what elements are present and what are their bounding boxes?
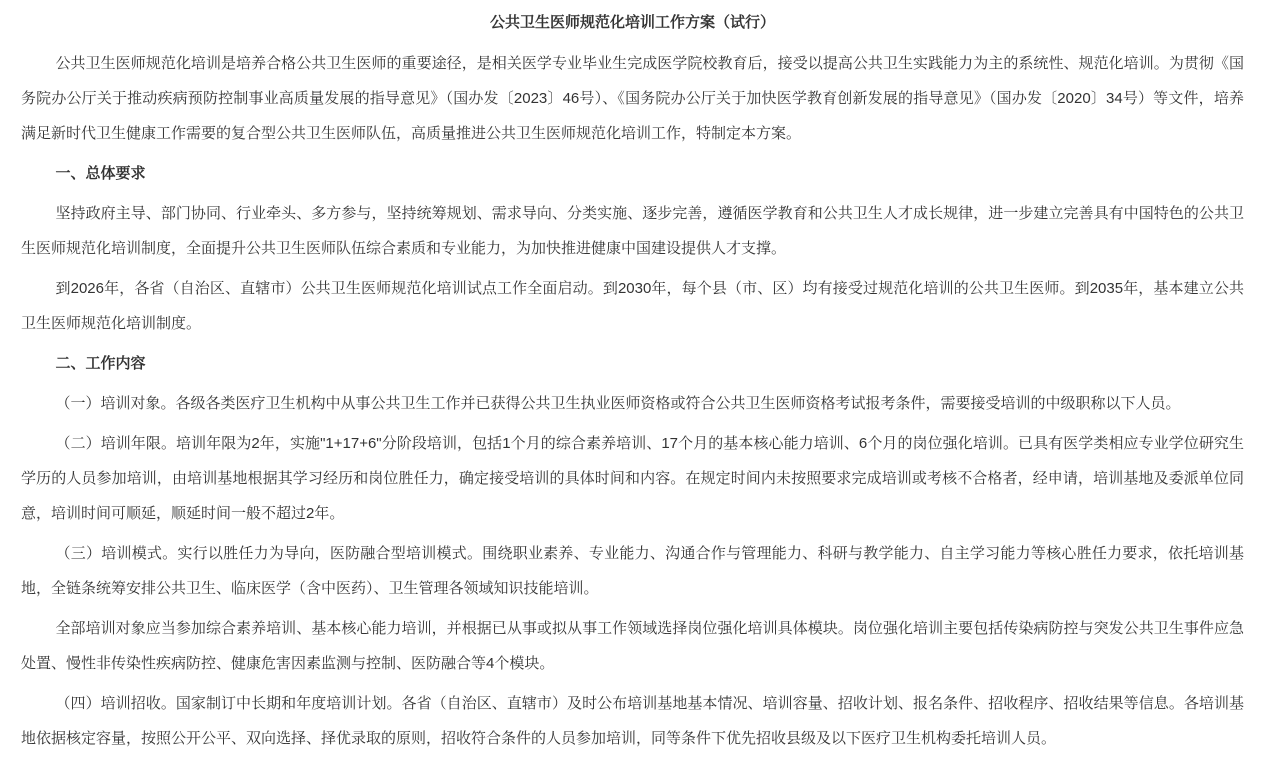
section-heading-2: 二、工作内容: [21, 346, 1244, 381]
document-page: 公共卫生医师规范化培训工作方案（试行） 公共卫生医师规范化培训是培养合格公共卫生…: [0, 0, 1264, 771]
paragraph-training-targets: （一）培训对象。各级各类医疗卫生机构中从事公共卫生工作并已获得公共卫生执业医师资…: [21, 386, 1244, 421]
paragraph-general-requirements: 坚持政府主导、部门协同、行业牵头、多方参与，坚持统筹规划、需求导向、分类实施、逐…: [21, 196, 1244, 266]
section-heading-1: 一、总体要求: [21, 156, 1244, 191]
paragraph-training-mode: （三）培训模式。实行以胜任力为导向，医防融合型培训模式。围绕职业素养、专业能力、…: [21, 536, 1244, 606]
paragraph-training-duration: （二）培训年限。培训年限为2年，实施"1+17+6"分阶段培训，包括1个月的综合…: [21, 426, 1244, 531]
paragraph-timeline-goals: 到2026年，各省（自治区、直辖市）公共卫生医师规范化培训试点工作全面启动。到2…: [21, 271, 1244, 341]
paragraph-training-recruitment: （四）培训招收。国家制订中长期和年度培训计划。各省（自治区、直辖市）及时公布培训…: [21, 686, 1244, 756]
document-title: 公共卫生医师规范化培训工作方案（试行）: [21, 8, 1244, 38]
paragraph-training-modules: 全部培训对象应当参加综合素养培训、基本核心能力培训，并根据已从事或拟从事工作领域…: [21, 611, 1244, 681]
paragraph-intro: 公共卫生医师规范化培训是培养合格公共卫生医师的重要途径，是相关医学专业毕业生完成…: [21, 46, 1244, 151]
